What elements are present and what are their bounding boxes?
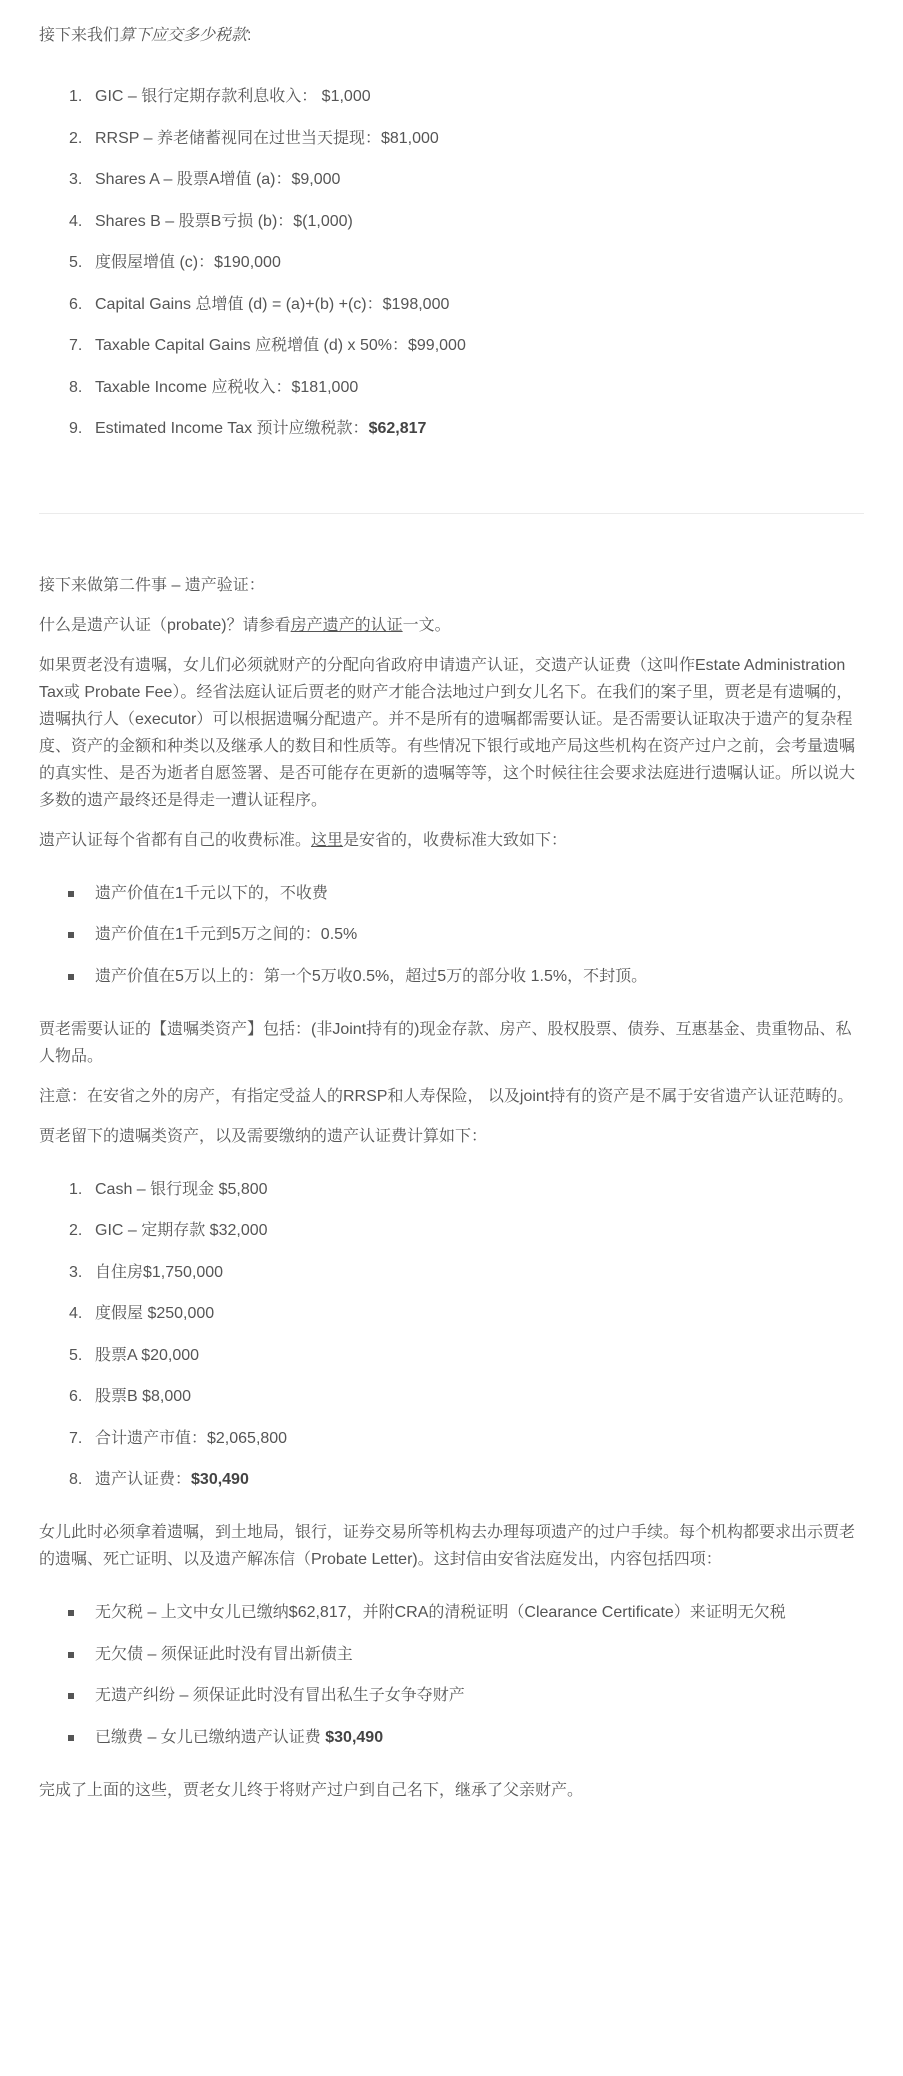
list-number: 6. [69, 291, 82, 318]
calc-intro: 贾老留下的遗嘱类资产，以及需要缴纳的遗产认证费计算如下： [39, 1123, 864, 1150]
list-text: 股票B $8,000 [95, 1388, 191, 1405]
list-number: 2. [69, 1217, 82, 1244]
list-text: Taxable Income 应税收入：$181,000 [95, 379, 358, 396]
estate-items-list: 1.Cash – 银行现金 $5,800 2.GIC – 定期存款 $32,00… [39, 1176, 864, 1494]
list-text: RRSP – 养老储蓄视同在过世当天提现：$81,000 [95, 130, 439, 147]
list-number: 1. [69, 83, 82, 110]
list-text: Capital Gains 总增值 (d) = (a)+(b) +(c)：$19… [95, 296, 449, 313]
list-item: 遗产价值在5万以上的：第一个5万收0.5%，超过5万的部分收 1.5%，不封顶。 [39, 963, 864, 990]
list-item: 遗产价值在1千元以下的，不收费 [39, 880, 864, 907]
list-text: 无欠税 – 上文中女儿已缴纳$62,817，并附CRA的清税证明（Clearan… [95, 1604, 786, 1621]
conclusion: 完成了上面的这些，贾老女儿终于将财产过户到自己名下，继承了父亲财产。 [39, 1777, 864, 1804]
list-item: 2.RRSP – 养老储蓄视同在过世当天提现：$81,000 [39, 125, 864, 152]
list-item: 3.自住房$1,750,000 [39, 1259, 864, 1286]
list-item: 遗产价值在1千元到5万之间的：0.5% [39, 921, 864, 948]
bullet-icon [68, 1735, 74, 1741]
list-number: 8. [69, 1466, 82, 1493]
list-text: Shares A – 股票A增值 (a)：$9,000 [95, 171, 340, 188]
transfer-paragraph: 女儿此时必须拿着遗嘱，到土地局，银行，证券交易所等机构去办理每项遗产的过户手续。… [39, 1519, 864, 1573]
ontario-fee-link[interactable]: 这里 [311, 832, 343, 849]
list-text: 遗产认证费： [95, 1471, 191, 1488]
list-item: 7.合计遗产市值：$2,065,800 [39, 1425, 864, 1452]
list-item: 9.Estimated Income Tax 预计应缴税款：$62,817 [39, 415, 864, 442]
list-item: 无欠债 – 须保证此时没有冒出新债主 [39, 1641, 864, 1668]
probate-note: 注意：在安省之外的房产，有指定受益人的RRSP和人寿保险， 以及joint持有的… [39, 1083, 864, 1110]
list-text: 合计遗产市值：$2,065,800 [95, 1430, 287, 1447]
list-number: 4. [69, 208, 82, 235]
list-item: 6.股票B $8,000 [39, 1383, 864, 1410]
list-number: 7. [69, 1425, 82, 1452]
list-text: Estimated Income Tax 预计应缴税款： [95, 420, 369, 437]
list-text: 度假屋 $250,000 [95, 1305, 214, 1322]
list-number: 7. [69, 332, 82, 359]
list-item: 3.Shares A – 股票A增值 (a)：$9,000 [39, 166, 864, 193]
list-text: 自住房$1,750,000 [95, 1264, 223, 1281]
estimated-tax-value: $62,817 [369, 420, 427, 437]
fee-rules-list: 遗产价值在1千元以下的，不收费 遗产价值在1千元到5万之间的：0.5% 遗产价值… [39, 880, 864, 990]
list-text: 股票A $20,000 [95, 1347, 199, 1364]
paid-fee-value: $30,490 [325, 1729, 383, 1746]
list-item: 无遗产纠纷 – 须保证此时没有冒出私生子女争夺财产 [39, 1682, 864, 1709]
tax-intro-italic: 算下应交多少税款 [119, 27, 247, 44]
tax-intro-end: : [247, 27, 251, 44]
list-text: 无遗产纠纷 – 须保证此时没有冒出私生子女争夺财产 [95, 1687, 465, 1704]
list-item: 4.度假屋 $250,000 [39, 1300, 864, 1327]
bullet-icon [68, 932, 74, 938]
list-text: 度假屋增值 (c)：$190,000 [95, 254, 281, 271]
article-body: 接下来我们算下应交多少税款: 1.GIC – 银行定期存款利息收入： $1,00… [0, 0, 903, 1804]
list-item: 1.GIC – 银行定期存款利息收入： $1,000 [39, 83, 864, 110]
list-text: 遗产价值在1千元到5万之间的：0.5% [95, 926, 357, 943]
list-text: 遗产价值在5万以上的：第一个5万收0.5%，超过5万的部分收 1.5%，不封顶。 [95, 968, 647, 985]
bullet-icon [68, 1652, 74, 1658]
list-number: 6. [69, 1383, 82, 1410]
tax-intro-text: 接下来我们 [39, 27, 119, 44]
list-text: 遗产价值在1千元以下的，不收费 [95, 885, 328, 902]
list-text: GIC – 银行定期存款利息收入： $1,000 [95, 88, 371, 105]
fee-intro-text: 遗产认证每个省都有自己的收费标准。 [39, 832, 311, 849]
list-text: GIC – 定期存款 $32,000 [95, 1222, 268, 1239]
list-item: 7.Taxable Capital Gains 应税增值 (d) x 50%：$… [39, 332, 864, 359]
list-number: 9. [69, 415, 82, 442]
tax-items-list: 1.GIC – 银行定期存款利息收入： $1,000 2.RRSP – 养老储蓄… [39, 83, 864, 442]
probate-heading: 接下来做第二件事 – 遗产验证： [39, 572, 864, 599]
list-item: 8.Taxable Income 应税收入：$181,000 [39, 374, 864, 401]
list-text: Shares B – 股票B亏损 (b)：$(1,000) [95, 213, 353, 230]
fee-intro: 遗产认证每个省都有自己的收费标准。这里是安省的，收费标准大致如下： [39, 827, 864, 854]
list-text: Taxable Capital Gains 应税增值 (d) x 50%：$99… [95, 337, 466, 354]
list-text: 已缴费 – 女儿已缴纳遗产认证费 [95, 1729, 325, 1746]
list-item: 2.GIC – 定期存款 $32,000 [39, 1217, 864, 1244]
list-number: 8. [69, 374, 82, 401]
list-text: 无欠债 – 须保证此时没有冒出新债主 [95, 1646, 353, 1663]
probate-explanation: 如果贾老没有遗嘱，女儿们必须就财产的分配向省政府申请遗产认证，交遗产认证费（这叫… [39, 652, 864, 814]
list-number: 3. [69, 1259, 82, 1286]
probate-definition-suffix: 一文。 [403, 617, 451, 634]
list-item: 1.Cash – 银行现金 $5,800 [39, 1176, 864, 1203]
probate-definition-text: 什么是遗产认证（probate)？请参看 [39, 617, 291, 634]
list-item: 4.Shares B – 股票B亏损 (b)：$(1,000) [39, 208, 864, 235]
probate-fee-value: $30,490 [191, 1471, 249, 1488]
tax-intro: 接下来我们算下应交多少税款: [39, 0, 864, 49]
bullet-icon [68, 974, 74, 980]
list-text: Cash – 银行现金 $5,800 [95, 1181, 268, 1198]
list-item: 无欠税 – 上文中女儿已缴纳$62,817，并附CRA的清税证明（Clearan… [39, 1599, 864, 1626]
list-number: 1. [69, 1176, 82, 1203]
probate-definition: 什么是遗产认证（probate)？请参看房产遗产的认证一文。 [39, 612, 864, 639]
bullet-icon [68, 1693, 74, 1699]
list-item: 6.Capital Gains 总增值 (d) = (a)+(b) +(c)：$… [39, 291, 864, 318]
list-number: 5. [69, 249, 82, 276]
bullet-icon [68, 1610, 74, 1616]
list-item: 5.股票A $20,000 [39, 1342, 864, 1369]
assets-scope: 贾老需要认证的【遗嘱类资产】包括：(非Joint持有的)现金存款、房产、股权股票… [39, 1016, 864, 1070]
fee-intro-suffix: 是安省的，收费标准大致如下： [343, 832, 567, 849]
list-number: 4. [69, 1300, 82, 1327]
list-number: 3. [69, 166, 82, 193]
probate-letter-list: 无欠税 – 上文中女儿已缴纳$62,817，并附CRA的清税证明（Clearan… [39, 1599, 864, 1751]
probate-article-link[interactable]: 房产遗产的认证 [291, 617, 403, 634]
bullet-icon [68, 891, 74, 897]
list-number: 2. [69, 125, 82, 152]
list-item: 8.遗产认证费：$30,490 [39, 1466, 864, 1493]
list-item: 5.度假屋增值 (c)：$190,000 [39, 249, 864, 276]
list-item: 已缴费 – 女儿已缴纳遗产认证费 $30,490 [39, 1724, 864, 1751]
list-number: 5. [69, 1342, 82, 1369]
